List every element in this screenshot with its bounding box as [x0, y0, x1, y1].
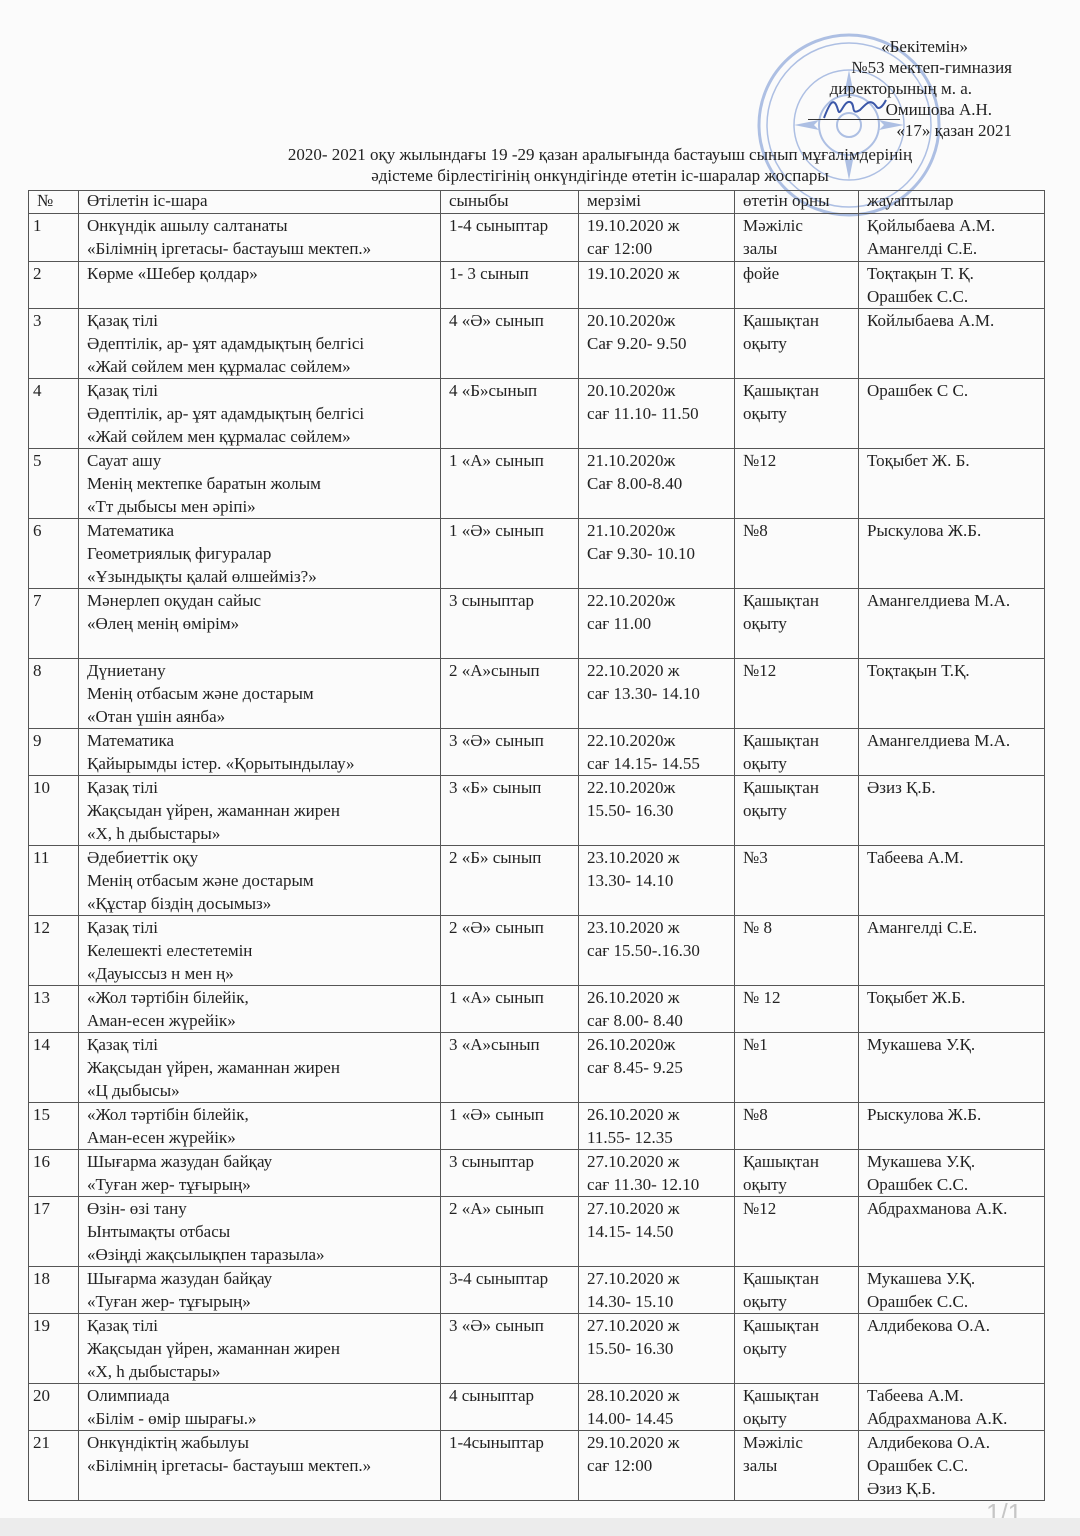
row-grade: 3-4 сыныптар [441, 1267, 579, 1314]
row-number: 11 [29, 846, 79, 916]
row-grade: 1 «А» сынып [441, 986, 579, 1033]
table-row: 14Қазақ тілі Жақсыдан үйрен, жаманнан жи… [29, 1033, 1045, 1103]
row-responsible: Тоқтақын Т. Қ. Орашбек С.С. [859, 262, 1045, 309]
row-grade: 1 «Ә» сынып [441, 1103, 579, 1150]
row-place: № 12 [735, 986, 859, 1033]
row-number: 1 [29, 214, 79, 262]
row-date: 21.10.2020ж Сағ 9.30- 10.10 [579, 519, 735, 589]
row-event: Онкүндік ашылу салтанаты «Білімнің іргет… [79, 214, 441, 262]
document-title: 2020- 2021 оқу жылындағы 19 -29 қазан ар… [150, 144, 1050, 186]
row-place: Қашықтан оқыту [735, 1384, 859, 1431]
row-responsible: Алдибекова О.А. [859, 1314, 1045, 1384]
row-date: 27.10.2020 ж 15.50- 16.30 [579, 1314, 735, 1384]
approval-school: №53 мектеп-гимназия [820, 57, 1020, 78]
header-date: мерзімі [579, 191, 735, 214]
row-event: Әдебиеттік оқу Менің отбасым және достар… [79, 846, 441, 916]
row-grade: 4 сыныптар [441, 1384, 579, 1431]
row-number: 17 [29, 1197, 79, 1267]
row-date: 28.10.2020 ж 14.00- 14.45 [579, 1384, 735, 1431]
row-grade: 3 сыныптар [441, 589, 579, 659]
row-place: Қашықтан оқыту [735, 729, 859, 776]
row-responsible: Әзиз Қ.Б. [859, 776, 1045, 846]
row-event: Шығарма жазудан байқау «Туған жер- тұғыр… [79, 1267, 441, 1314]
row-place: фойе [735, 262, 859, 309]
row-date: 27.10.2020 ж 14.30- 15.10 [579, 1267, 735, 1314]
row-date: 19.10.2020 ж сағ 12:00 [579, 214, 735, 262]
table-body: 1Онкүндік ашылу салтанаты «Білімнің ірге… [29, 214, 1045, 1501]
table-row: 2Көрме «Шебер қолдар»1- 3 сынып19.10.202… [29, 262, 1045, 309]
approval-block: «Бекітемін» №53 мектеп-гимназия директор… [820, 36, 1020, 141]
row-responsible: Койлыбаева А.М. [859, 309, 1045, 379]
row-grade: 4 «Б»сынып [441, 379, 579, 449]
row-place: Мәжіліс залы [735, 214, 859, 262]
document-page: «Бекітемін» №53 мектеп-гимназия директор… [0, 0, 1080, 1518]
row-date: 27.10.2020 ж сағ 11.30- 12.10 [579, 1150, 735, 1197]
approval-name: Омишова А.Н. [820, 99, 1020, 120]
header-grade: сыныбы [441, 191, 579, 214]
row-place: Қашықтан оқыту [735, 1150, 859, 1197]
table-row: 19Қазақ тілі Жақсыдан үйрен, жаманнан жи… [29, 1314, 1045, 1384]
row-grade: 1-4 сыныптар [441, 214, 579, 262]
row-place: №3 [735, 846, 859, 916]
row-number: 20 [29, 1384, 79, 1431]
row-number: 16 [29, 1150, 79, 1197]
row-grade: 2 «Ә» сынып [441, 916, 579, 986]
row-number: 7 [29, 589, 79, 659]
row-responsible: Рыскулова Ж.Б. [859, 519, 1045, 589]
row-event: Қазақ тілі Әдептілік, ар- ұят адамдықтың… [79, 309, 441, 379]
table-row: 20Олимпиада «Білім - өмір шырағы.»4 сыны… [29, 1384, 1045, 1431]
row-date: 22.10.2020ж 15.50- 16.30 [579, 776, 735, 846]
viewer-bottom-bar [0, 1518, 1080, 1536]
row-date: 22.10.2020ж сағ 14.15- 14.55 [579, 729, 735, 776]
row-event: Қазақ тілі Жақсыдан үйрен, жаманнан жире… [79, 1033, 441, 1103]
row-grade: 1-4сыныптар [441, 1431, 579, 1501]
row-responsible: Тоқыбет Ж.Б. [859, 986, 1045, 1033]
table-row: 4Қазақ тілі Әдептілік, ар- ұят адамдықты… [29, 379, 1045, 449]
row-number: 15 [29, 1103, 79, 1150]
row-grade: 3 «Б» сынып [441, 776, 579, 846]
table-row: 16Шығарма жазудан байқау «Туған жер- тұғ… [29, 1150, 1045, 1197]
title-line-2: әдістеме бірлестігінің онкүндігінде өтет… [150, 165, 1050, 186]
row-responsible: Абдрахманова А.К. [859, 1197, 1045, 1267]
table-header-row: № Өтілетін іс-шара сыныбы мерзімі өтетін… [29, 191, 1045, 214]
row-grade: 3 сыныптар [441, 1150, 579, 1197]
row-number: 21 [29, 1431, 79, 1501]
row-responsible: Амангелдиева М.А. [859, 589, 1045, 659]
row-place: №12 [735, 659, 859, 729]
approval-heading: «Бекітемін» [820, 36, 1020, 57]
row-responsible: Тоқыбет Ж. Б. [859, 449, 1045, 519]
row-event: Онкүндіктің жабылуы «Білімнің іргетасы- … [79, 1431, 441, 1501]
table-row: 6Математика Геометриялық фигуралар «Ұзын… [29, 519, 1045, 589]
row-number: 3 [29, 309, 79, 379]
row-date: 29.10.2020 ж сағ 12:00 [579, 1431, 735, 1501]
row-date: 20.10.2020ж сағ 11.10- 11.50 [579, 379, 735, 449]
table-row: 3Қазақ тілі Әдептілік, ар- ұят адамдықты… [29, 309, 1045, 379]
row-responsible: Мукашева У.Қ. Орашбек С.С. [859, 1267, 1045, 1314]
header-responsible: жауаптылар [859, 191, 1045, 214]
table-row: 17Өзін- өзі тану Ынтымақты отбасы «Өзіңд… [29, 1197, 1045, 1267]
events-plan-table: № Өтілетін іс-шара сыныбы мерзімі өтетін… [28, 190, 1045, 1501]
row-grade: 1- 3 сынып [441, 262, 579, 309]
header-number: № [29, 191, 79, 214]
row-number: 5 [29, 449, 79, 519]
row-place: Қашықтан оқыту [735, 379, 859, 449]
row-responsible: Табеева А.М. Абдрахманова А.К. [859, 1384, 1045, 1431]
table-row: 1Онкүндік ашылу салтанаты «Білімнің ірге… [29, 214, 1045, 262]
row-date: 21.10.2020ж Сағ 8.00-8.40 [579, 449, 735, 519]
row-grade: 3 «А»сынып [441, 1033, 579, 1103]
row-place: Қашықтан оқыту [735, 1314, 859, 1384]
table-row: 12Қазақ тілі Келешекті елестетемін «Дауы… [29, 916, 1045, 986]
row-grade: 2 «А»сынып [441, 659, 579, 729]
row-event: Шығарма жазудан байқау «Туған жер- тұғыр… [79, 1150, 441, 1197]
row-responsible: Қойлыбаева А.М. Амангелді С.Е. [859, 214, 1045, 262]
row-place: №12 [735, 449, 859, 519]
title-line-1: 2020- 2021 оқу жылындағы 19 -29 қазан ар… [150, 144, 1050, 165]
row-event: Қазақ тілі Жақсыдан үйрен, жаманнан жире… [79, 776, 441, 846]
row-number: 19 [29, 1314, 79, 1384]
row-date: 27.10.2020 ж 14.15- 14.50 [579, 1197, 735, 1267]
row-responsible: Амангелдиева М.А. [859, 729, 1045, 776]
row-place: Қашықтан оқыту [735, 776, 859, 846]
header-event: Өтілетін іс-шара [79, 191, 441, 214]
row-place: Қашықтан оқыту [735, 589, 859, 659]
table-row: 10Қазақ тілі Жақсыдан үйрен, жаманнан жи… [29, 776, 1045, 846]
row-event: «Жол тәртібін білейік, Аман-есен жүрейік… [79, 1103, 441, 1150]
approval-date: «17» қазан 2021 [820, 120, 1020, 141]
row-date: 23.10.2020 ж сағ 15.50-.16.30 [579, 916, 735, 986]
row-place: Мәжіліс залы [735, 1431, 859, 1501]
row-grade: 3 «Ә» сынып [441, 1314, 579, 1384]
table-row: 15«Жол тәртібін білейік, Аман-есен жүрей… [29, 1103, 1045, 1150]
table-row: 21Онкүндіктің жабылуы «Білімнің іргетасы… [29, 1431, 1045, 1501]
row-event: Қазақ тілі Келешекті елестетемін «Дауысс… [79, 916, 441, 986]
row-event: Олимпиада «Білім - өмір шырағы.» [79, 1384, 441, 1431]
row-event: Қазақ тілі Әдептілік, ар- ұят адамдықтың… [79, 379, 441, 449]
row-event: «Жол тәртібін білейік, Аман-есен жүрейік… [79, 986, 441, 1033]
row-event: Мәнерлеп оқудан сайыс «Өлең менің өмірім… [79, 589, 441, 659]
row-event: Өзін- өзі тану Ынтымақты отбасы «Өзіңді … [79, 1197, 441, 1267]
row-place: №12 [735, 1197, 859, 1267]
row-place: №8 [735, 1103, 859, 1150]
row-number: 8 [29, 659, 79, 729]
row-date: 26.10.2020 ж сағ 8.00- 8.40 [579, 986, 735, 1033]
row-event: Математика Қайырымды істер. «Қорытындыла… [79, 729, 441, 776]
row-date: 26.10.2020ж сағ 8.45- 9.25 [579, 1033, 735, 1103]
row-place: №1 [735, 1033, 859, 1103]
row-grade: 4 «Ә» сынып [441, 309, 579, 379]
row-number: 2 [29, 262, 79, 309]
row-event: Математика Геометриялық фигуралар «Ұзынд… [79, 519, 441, 589]
row-grade: 2 «А» сынып [441, 1197, 579, 1267]
row-date: 26.10.2020 ж 11.55- 12.35 [579, 1103, 735, 1150]
row-grade: 1 «А» сынып [441, 449, 579, 519]
row-number: 14 [29, 1033, 79, 1103]
table-row: 9Математика Қайырымды істер. «Қорытындыл… [29, 729, 1045, 776]
row-number: 18 [29, 1267, 79, 1314]
row-place: Қашықтан оқыту [735, 1267, 859, 1314]
table-row: 8Дүниетану Менің отбасым және достарым «… [29, 659, 1045, 729]
table-row: 7Мәнерлеп оқудан сайыс «Өлең менің өмірі… [29, 589, 1045, 659]
row-number: 6 [29, 519, 79, 589]
table-row: 11Әдебиеттік оқу Менің отбасым және дост… [29, 846, 1045, 916]
row-number: 13 [29, 986, 79, 1033]
row-event: Көрме «Шебер қолдар» [79, 262, 441, 309]
row-date: 22.10.2020ж сағ 11.00 [579, 589, 735, 659]
row-place: № 8 [735, 916, 859, 986]
row-date: 22.10.2020 ж сағ 13.30- 14.10 [579, 659, 735, 729]
row-responsible: Орашбек С С. [859, 379, 1045, 449]
row-responsible: Алдибекова О.А. Орашбек С.С. Әзиз Қ.Б. [859, 1431, 1045, 1501]
row-event: Дүниетану Менің отбасым және достарым «О… [79, 659, 441, 729]
row-responsible: Табеева А.М. [859, 846, 1045, 916]
table-row: 5Сауат ашу Менің мектепке баратын жолым … [29, 449, 1045, 519]
header-place: өтетін орны [735, 191, 859, 214]
approval-position: директорының м. а. [820, 78, 1020, 99]
table-row: 18Шығарма жазудан байқау «Туған жер- тұғ… [29, 1267, 1045, 1314]
row-responsible: Рыскулова Ж.Б. [859, 1103, 1045, 1150]
row-responsible: Тоқтақын Т.Қ. [859, 659, 1045, 729]
row-place: №8 [735, 519, 859, 589]
row-number: 10 [29, 776, 79, 846]
row-grade: 2 «Б» сынып [441, 846, 579, 916]
row-date: 23.10.2020 ж 13.30- 14.10 [579, 846, 735, 916]
table-row: 13«Жол тәртібін білейік, Аман-есен жүрей… [29, 986, 1045, 1033]
row-event: Сауат ашу Менің мектепке баратын жолым «… [79, 449, 441, 519]
row-number: 9 [29, 729, 79, 776]
row-grade: 1 «Ә» сынып [441, 519, 579, 589]
row-number: 4 [29, 379, 79, 449]
row-event: Қазақ тілі Жақсыдан үйрен, жаманнан жире… [79, 1314, 441, 1384]
row-responsible: Мукашева У.Қ. Орашбек С.С. [859, 1150, 1045, 1197]
row-grade: 3 «Ә» сынып [441, 729, 579, 776]
row-responsible: Амангелді С.Е. [859, 916, 1045, 986]
row-responsible: Мукашева У.Қ. [859, 1033, 1045, 1103]
row-date: 19.10.2020 ж [579, 262, 735, 309]
row-number: 12 [29, 916, 79, 986]
row-date: 20.10.2020ж Сағ 9.20- 9.50 [579, 309, 735, 379]
row-place: Қашықтан оқыту [735, 309, 859, 379]
